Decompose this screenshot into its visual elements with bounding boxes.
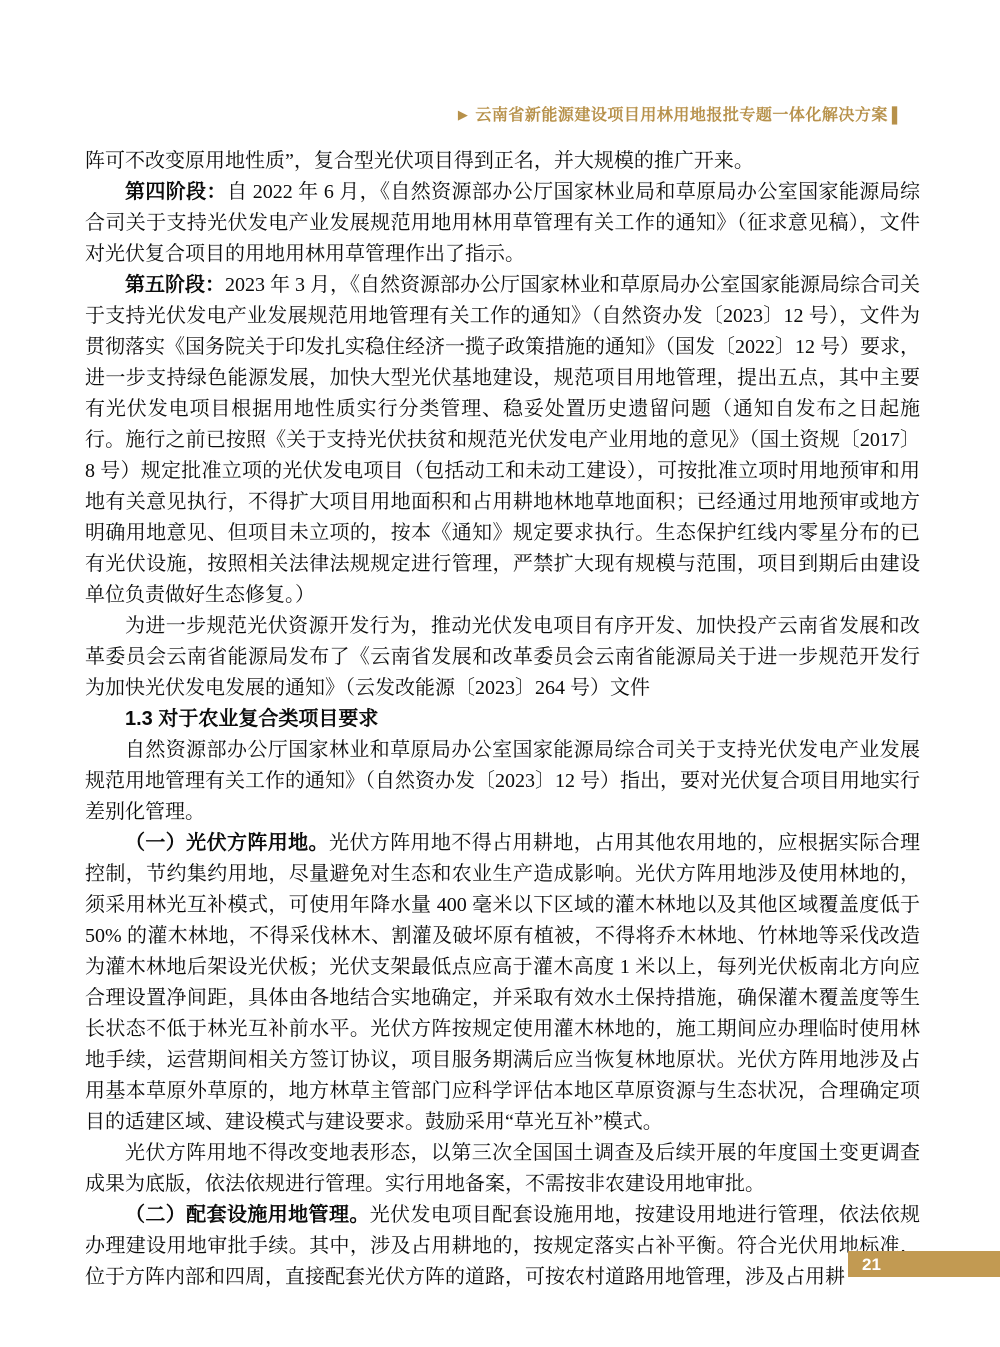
paragraph: 阵可不改变原用地性质”，复合型光伏项目得到正名，并大规模的推广开来。 <box>85 146 920 177</box>
paragraph: （一）光伏方阵用地。光伏方阵用地不得占用耕地，占用其他农用地的，应根据实际合理控… <box>85 828 920 1138</box>
document-body: 阵可不改变原用地性质”，复合型光伏项目得到正名，并大规模的推广开来。第四阶段：自… <box>85 146 920 1293</box>
paragraph: 第五阶段：2023 年 3 月，《自然资源部办公厅国家林业和草原局办公室国家能源… <box>85 270 920 611</box>
paragraph: 自然资源部办公厅国家林业和草原局办公室国家能源局综合司关于支持光伏发电产业发展规… <box>85 735 920 828</box>
text-run: 自然资源部办公厅国家林业和草原局办公室国家能源局综合司关于支持光伏发电产业发展规… <box>85 739 920 823</box>
triangle-icon: ▶ <box>458 107 469 122</box>
text-run: （一）光伏方阵用地。 <box>125 832 329 854</box>
paragraph: 第四阶段：自 2022 年 6 月，《自然资源部办公厅国家林业局和草原局办公室国… <box>85 177 920 270</box>
text-run: 光伏方阵用地不得占用耕地，占用其他农用地的，应根据实际合理控制，节约集约用地，尽… <box>85 832 920 1133</box>
text-run: 光伏方阵用地不得改变地表形态，以第三次全国国土调查及后续开展的年度国土变更调查成… <box>85 1142 920 1195</box>
page-number-badge: 21 <box>848 1251 1000 1277</box>
header-end-bar-icon: ▌ <box>892 107 903 124</box>
page-number: 21 <box>862 1256 881 1273</box>
text-run: 第四阶段： <box>125 181 227 203</box>
document-page: ▶云南省新能源建设项目用林用地报批专题一体化解决方案▌ 阵可不改变原用地性质”，… <box>0 0 1000 1347</box>
text-run: 2023 年 3 月，《自然资源部办公厅国家林业和草原局办公室国家能源局综合司关… <box>85 274 920 606</box>
header-title: 云南省新能源建设项目用林用地报批专题一体化解决方案 <box>475 107 888 124</box>
paragraph: 为进一步规范光伏资源开发行为，推动光伏发电项目有序开发、加快投产云南省发展和改革… <box>85 611 920 704</box>
text-run: （二）配套设施用地管理。 <box>125 1204 370 1226</box>
text-run: 阵可不改变原用地性质”，复合型光伏项目得到正名，并大规模的推广开来。 <box>85 150 754 172</box>
section-heading: 1.3 对于农业复合类项目要求 <box>85 704 920 735</box>
paragraph: 光伏方阵用地不得改变地表形态，以第三次全国国土调查及后续开展的年度国土变更调查成… <box>85 1138 920 1200</box>
paragraph: （二）配套设施用地管理。光伏发电项目配套设施用地，按建设用地进行管理，依法依规办… <box>85 1200 920 1293</box>
text-run: 第五阶段： <box>125 274 225 296</box>
text-run: 为进一步规范光伏资源开发行为，推动光伏发电项目有序开发、加快投产云南省发展和改革… <box>85 615 920 699</box>
page-header: ▶云南省新能源建设项目用林用地报批专题一体化解决方案▌ <box>458 104 903 127</box>
